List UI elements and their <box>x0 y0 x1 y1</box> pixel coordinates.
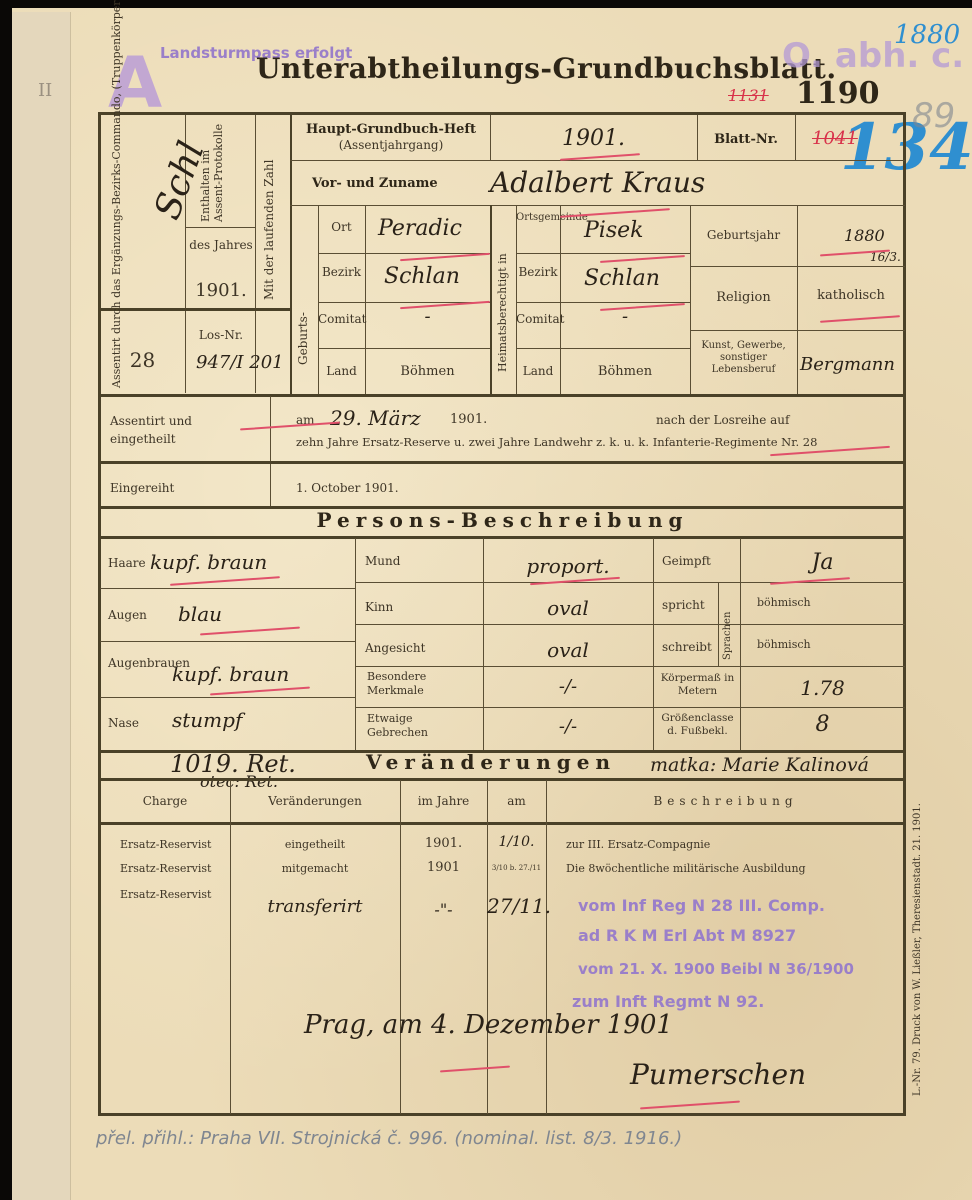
stamp-line-4: zum Inft Regmt N 92. <box>572 992 764 1011</box>
merkmale-value: -/- <box>483 676 653 697</box>
nase-value: stumpf <box>172 708 242 732</box>
beruf-label: Kunst, Gewerbe, sonstiger Lebensberuf <box>692 340 795 376</box>
birth-land-value: Böhmen <box>365 364 490 379</box>
col-veraenderungen: Veränderungen <box>230 794 400 808</box>
augen-value: blau <box>178 602 222 626</box>
losreihe-text: nach der Losreihe auf <box>656 413 789 427</box>
birth-comitat-label: Comitat <box>318 312 365 326</box>
domicile-land-value: Böhmen <box>560 364 690 379</box>
kinn-value: oval <box>483 596 653 620</box>
koerpermass-label: Körpermaß in Metern <box>655 672 740 698</box>
row2-year: 1901 <box>400 860 487 875</box>
row3-charge: Ersatz-Reservist <box>120 888 211 901</box>
gebrechen-value: -/- <box>483 716 653 737</box>
row3-year: -"- <box>400 900 487 919</box>
domicile-group-label: Heimatsberechtigt in <box>496 253 509 372</box>
row1-year: 1901. <box>400 836 487 851</box>
haare-label: Haare <box>108 556 146 570</box>
spricht-value: böhmisch <box>757 596 811 609</box>
domicile-ort-label: Ortsgemeinde <box>516 212 560 224</box>
eingereiht-label: Eingereiht <box>110 481 174 495</box>
col-charge: Charge <box>100 794 230 808</box>
name-label: Vor- und Zuname <box>312 176 438 191</box>
domicile-comitat-label: Comitat <box>516 312 560 326</box>
changes-title: Veränderungen <box>366 750 616 774</box>
name-value: Adalbert Kraus <box>490 166 705 199</box>
merkmale-label: Besondere Merkmale <box>367 670 467 698</box>
schreibt-label: schreibt <box>662 640 712 654</box>
religion-value: katholisch <box>797 288 905 303</box>
birth-group-label: Geburts- <box>296 312 310 365</box>
stamp-line-2: ad R K M Erl Abt M 8927 <box>578 926 796 945</box>
augenbrauen-value: kupf. braun <box>172 662 289 686</box>
birth-bezirk-value: Schlan <box>384 264 460 289</box>
mother-note: matka: Marie Kalinová <box>650 754 869 776</box>
augen-label: Augen <box>108 608 147 622</box>
assentirt-year: 1901. <box>450 412 487 427</box>
place-date: Prag, am 4. Dezember 1901 <box>304 1010 673 1040</box>
description-title: Persons-Beschreibung <box>100 508 905 532</box>
signature: Pumerschen <box>630 1058 806 1091</box>
row2-desc: Die 8wöchentliche militärische Ausbildun… <box>566 862 806 875</box>
assentirt-label: Assentirt und eingetheilt <box>110 412 260 448</box>
struck-sheet-number: 1131 <box>728 86 769 105</box>
stamp-line-3: vom 21. X. 1900 Beibl N 36/1900 <box>578 960 854 978</box>
haare-value: kupf. braun <box>150 550 267 574</box>
spricht-label: spricht <box>662 598 705 612</box>
binding-flap: II <box>12 12 71 1200</box>
faded-pencil-number: 89 <box>912 96 955 136</box>
domicile-land-label: Land <box>516 364 560 378</box>
hauptgrundbuch-value: 1901. <box>490 126 697 151</box>
des-jahres-label: des Jahres <box>187 238 255 252</box>
col-im-jahre: im Jahre <box>400 794 487 808</box>
blatt-nr-label: Blatt-Nr. <box>697 132 795 147</box>
geburtsjahr-value: 1880 <box>844 226 885 245</box>
assentirt-date: 29. März <box>330 406 421 430</box>
row1-charge: Ersatz-Reservist <box>120 838 211 851</box>
page-title: Unterabtheilungs-Grundbuchsblatt. <box>256 52 837 85</box>
row3-date: 27/11. <box>487 894 546 918</box>
koerpermass-value: 1.78 <box>740 676 905 700</box>
regiment-number: 28 <box>100 348 185 372</box>
flap-pencil-mark: II <box>38 80 52 101</box>
angesicht-label: Angesicht <box>365 641 425 655</box>
blue-year-note: 1880 <box>894 20 960 50</box>
birth-land-label: Land <box>318 364 365 378</box>
stamp-line-1: vom Inf Reg N 28 III. Comp. <box>578 896 825 915</box>
nase-label: Nase <box>108 716 139 730</box>
row1-desc: zur III. Ersatz-Compagnie <box>566 838 710 851</box>
birth-ort-value: Peradic <box>378 216 462 241</box>
printer-note: L.-Nr. 79. Druck von W. Ließler, Theresi… <box>912 803 923 1096</box>
groessenclasse-label: Größenclasse d. Fußbekl. <box>655 712 740 738</box>
kinn-label: Kinn <box>365 600 393 614</box>
row2-date: 3/10 b. 27./11 <box>487 864 546 872</box>
angesicht-value: oval <box>483 638 653 662</box>
hauptgrundbuch-sub: (Assentjahrgang) <box>292 138 490 152</box>
augenbrauen-label: Augenbrauen <box>108 656 168 670</box>
row1-date: 1/10. <box>487 834 546 850</box>
sheet-number: 1190 <box>796 76 880 111</box>
des-jahres-value: 1901. <box>187 280 255 301</box>
row2-charge: Ersatz-Reservist <box>120 862 211 875</box>
row2-change: mitgemacht <box>230 862 400 875</box>
row1-change: eingetheilt <box>230 838 400 851</box>
geimpft-value: Ja <box>740 550 905 575</box>
laufende-zahl-label: Mit der laufenden Zahl <box>262 160 276 300</box>
geburtsjahr-label: Geburtsjahr <box>690 228 797 242</box>
mund-label: Mund <box>365 554 400 568</box>
domicile-bezirk-label: Bezirk <box>516 265 560 279</box>
beruf-value: Bergmann <box>800 354 895 375</box>
footer-pencil-note: přel. přihl.: Praha VII. Strojnická č. 9… <box>96 1128 682 1149</box>
eingereiht-value: 1. October 1901. <box>296 481 399 495</box>
mund-value: proport. <box>483 554 653 578</box>
sprachen-label: Sprachen <box>722 612 733 660</box>
birth-bezirk-label: Bezirk <box>318 265 365 279</box>
birth-ort-label: Ort <box>318 220 365 234</box>
hauptgrundbuch-label: Haupt-Grundbuch-Heft <box>292 122 490 137</box>
assentirt-line2: zehn Jahre Ersatz-Reserve u. zwei Jahre … <box>296 435 817 449</box>
col-am: am <box>487 794 546 808</box>
changes-handwritten-sub: otec: Ret. <box>200 772 278 791</box>
los-nr-value: 947/I 201 <box>196 352 284 373</box>
geimpft-label: Geimpft <box>662 554 711 568</box>
domicile-ort-value: Pisek <box>584 218 643 243</box>
los-nr-label: Los-Nr. <box>187 328 255 342</box>
row3-change: transferirt <box>230 896 400 917</box>
domicile-bezirk-value: Schlan <box>584 266 660 291</box>
religion-label: Religion <box>690 290 797 305</box>
groessenclasse-value: 8 <box>740 712 905 737</box>
col-beschreibung: Beschreibung <box>546 794 905 808</box>
blatt-nr-struck: 1041 <box>812 128 858 149</box>
schreibt-value: böhmisch <box>757 638 811 651</box>
gebrechen-label: Etwaige Gebrechen <box>367 712 457 740</box>
protokoll-label: Enthalten im Assent-Protokolle <box>199 122 225 222</box>
birth-comitat-value: - <box>365 306 490 327</box>
